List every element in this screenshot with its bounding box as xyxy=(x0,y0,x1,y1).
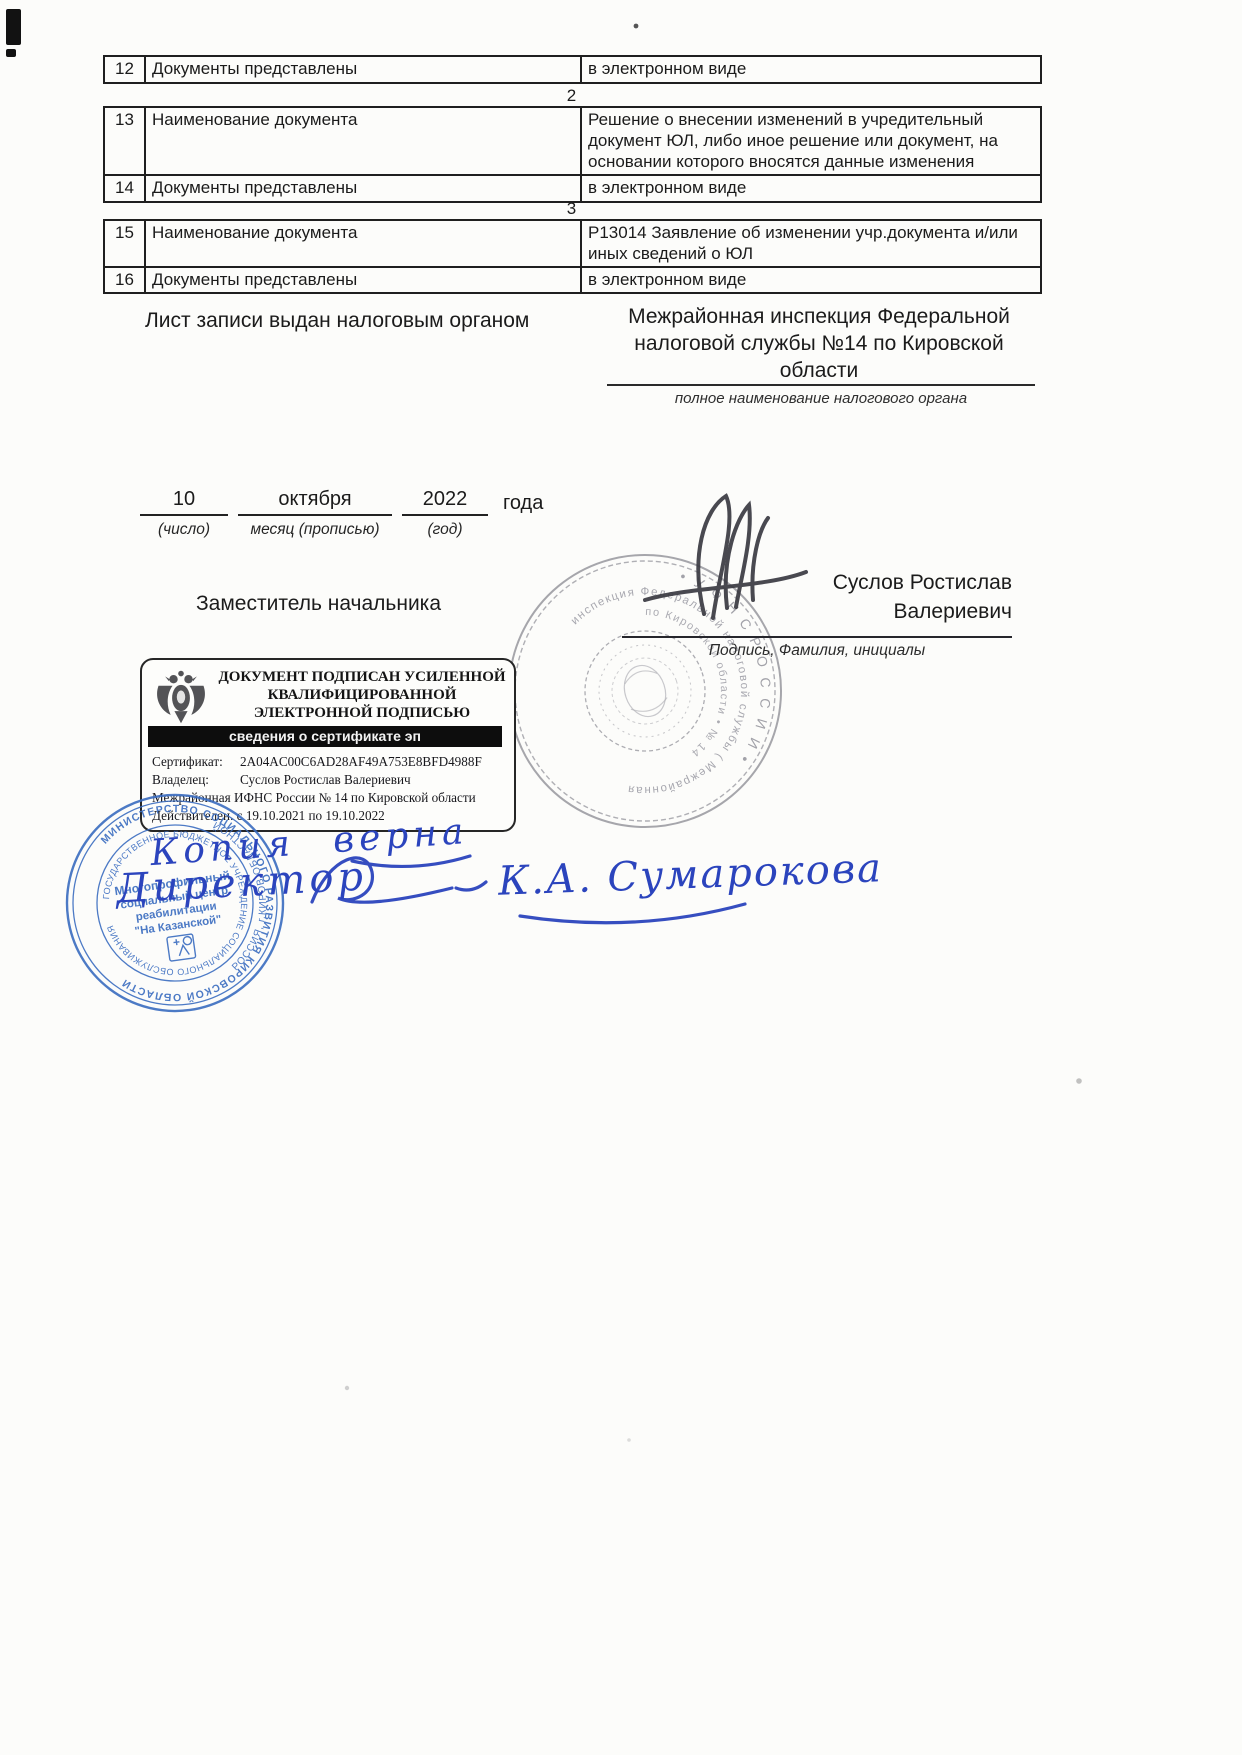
date-day-caption: (число) xyxy=(140,521,228,539)
row-value: Р13014 Заявление об изменении учр.докуме… xyxy=(581,220,1041,267)
eds-bar-label: сведения о сертификате эп xyxy=(148,726,502,747)
row-label: Документы представлены xyxy=(145,267,581,293)
row-value: в электронном виде xyxy=(581,267,1041,293)
table-row: 14 Документы представлены в электронном … xyxy=(104,175,1041,202)
tax-authority-name: Межрайонная инспекция Федеральной налого… xyxy=(601,303,1037,384)
stamp-center-emblem xyxy=(167,934,196,961)
table-row: 12 Документы представлены в электронном … xyxy=(104,56,1041,83)
row-value: Решение о внесении изменений в учредител… xyxy=(581,107,1041,175)
russia-coat-of-arms-icon xyxy=(150,667,212,727)
row-label: Документы представлены xyxy=(145,56,581,83)
documents-table-1: 12 Документы представлены в электронном … xyxy=(103,55,1042,84)
date-year-caption: (год) xyxy=(402,521,488,539)
date-year: 2022 xyxy=(402,488,488,516)
row-number: 14 xyxy=(104,175,145,202)
date-day: 10 xyxy=(140,488,228,516)
scan-artifact xyxy=(6,9,21,45)
tax-authority-underline xyxy=(607,384,1035,386)
documents-table-3: 15 Наименование документа Р13014 Заявлен… xyxy=(103,219,1042,294)
owner-label: Владелец: xyxy=(152,771,240,789)
signature-caption: Подпись, Фамилия, инициалы xyxy=(622,642,1012,660)
signatory-position: Заместитель начальника xyxy=(196,592,441,616)
tax-authority-caption: полное наименование налогового органа xyxy=(607,390,1035,407)
scan-artifact xyxy=(6,49,16,57)
owner-value: Суслов Ростислав Валериевич xyxy=(240,771,411,789)
date-suffix: года xyxy=(503,492,543,515)
date-month-caption: месяц (прописью) xyxy=(238,521,392,539)
certificate-label: Сертификат: xyxy=(152,753,240,771)
row-label: Наименование документа xyxy=(145,107,581,175)
row-number: 13 xyxy=(104,107,145,175)
document-page: 12 Документы представлены в электронном … xyxy=(0,0,1242,1755)
eds-title: ДОКУМЕНТ ПОДПИСАН УСИЛЕННОЙ КВАЛИФИЦИРОВ… xyxy=(218,668,506,722)
tax-office-round-seal: • У Ф Н С Р О С С И И • инспекция Федера… xyxy=(500,546,790,836)
date-month: октября xyxy=(238,488,392,516)
section-number: 2 xyxy=(103,86,1040,106)
row-value: в электронном виде xyxy=(581,175,1041,202)
issued-by-label: Лист записи выдан налоговым органом xyxy=(145,309,529,333)
svg-text:инспекция Федеральной налогово: инспекция Федеральной налоговой службы (… xyxy=(565,559,777,807)
section-number: 3 xyxy=(103,199,1040,219)
row-value: в электронном виде xyxy=(581,56,1041,83)
certificate-value: 2A04AC00C6AD28AF49A753E8BFD4988F xyxy=(240,753,482,771)
seal-ring-middle-text: инспекция Федеральной налоговой службы (… xyxy=(565,559,777,807)
table-row: 15 Наименование документа Р13014 Заявлен… xyxy=(104,220,1041,267)
documents-table-2: 13 Наименование документа Решение о внес… xyxy=(103,106,1042,203)
row-number: 16 xyxy=(104,267,145,293)
table-row: 16 Документы представлены в электронном … xyxy=(104,267,1041,293)
surname-handwriting: К.А. Сумарокова xyxy=(497,845,883,904)
signatory-name: Суслов Ростислав Валериевич xyxy=(802,568,1012,626)
row-label: Наименование документа xyxy=(145,220,581,267)
row-label: Документы представлены xyxy=(145,175,581,202)
row-number: 12 xyxy=(104,56,145,83)
row-number: 15 xyxy=(104,220,145,267)
signature-line xyxy=(622,636,1012,638)
table-row: 13 Наименование документа Решение о внес… xyxy=(104,107,1041,175)
